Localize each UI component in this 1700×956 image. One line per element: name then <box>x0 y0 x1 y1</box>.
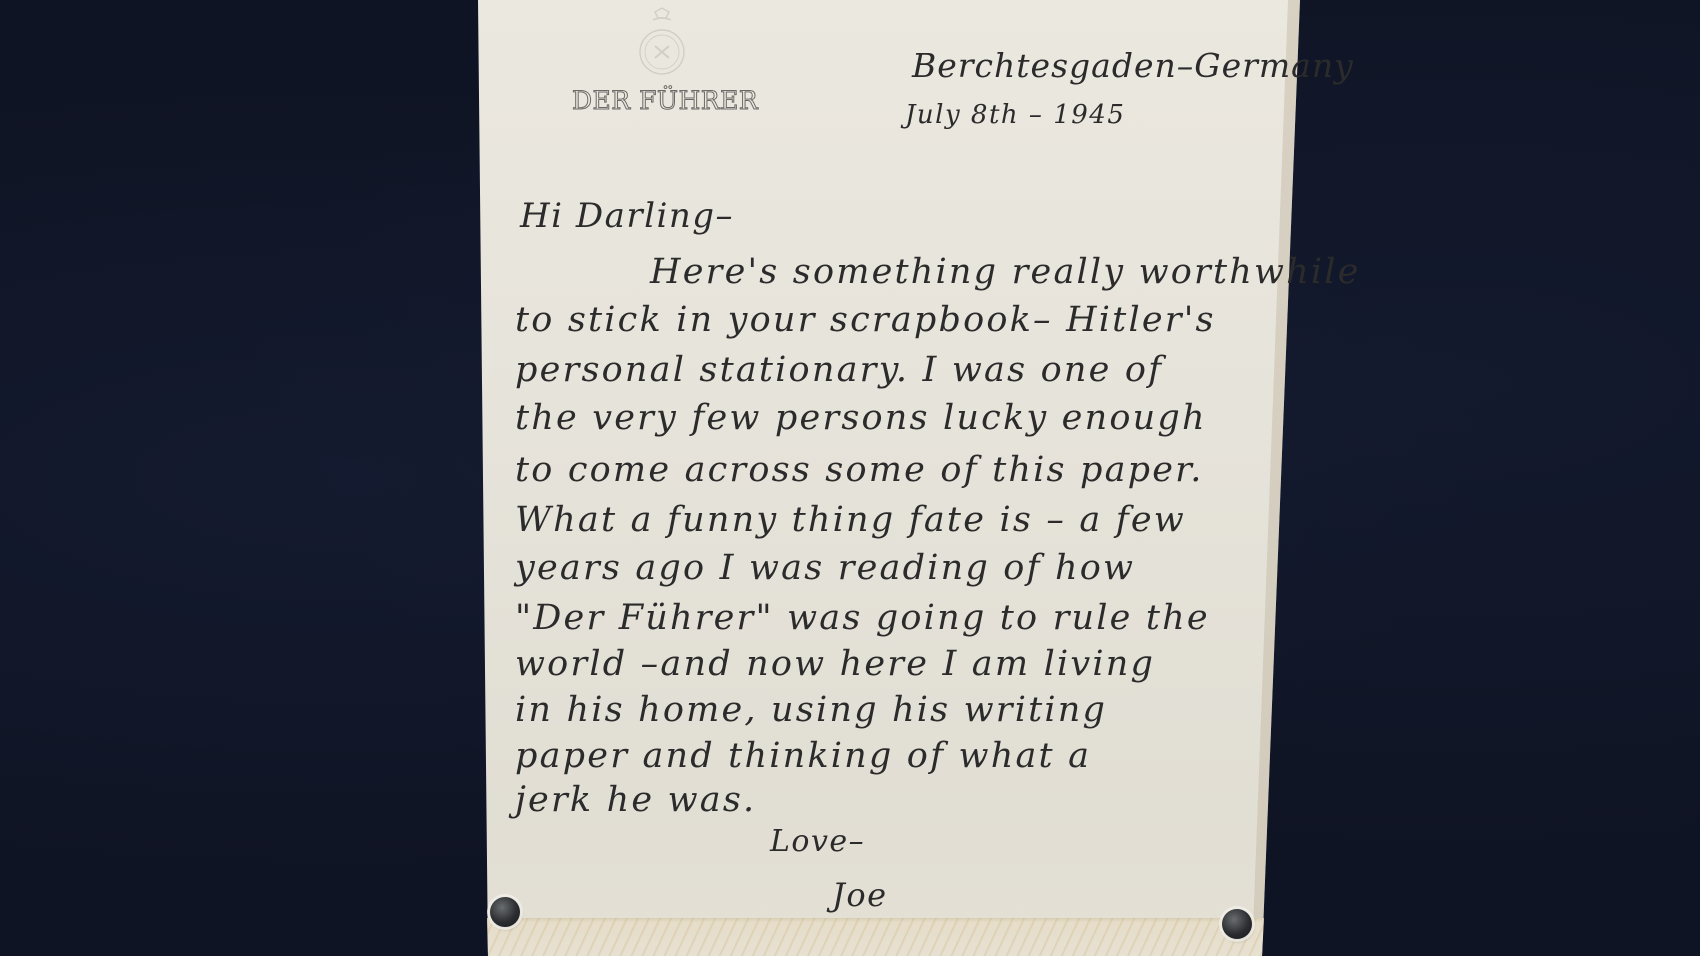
letter-body-line: jerk he was. <box>515 780 756 820</box>
letter-body-line: in his home, using his writing <box>515 690 1107 730</box>
embossed-eagle-crest-icon <box>633 6 691 92</box>
letter-body-line: years ago I was reading of how <box>515 548 1135 588</box>
letter-body-line: paper and thinking of what a <box>515 736 1091 776</box>
letter-body-line: What a funny thing fate is – a few <box>515 500 1186 540</box>
letter-body-line: personal stationary. I was one of <box>515 350 1163 390</box>
letter-greeting: Hi Darling– <box>520 196 734 236</box>
letter-place: Berchtesgaden–Germany <box>912 46 1354 85</box>
letter-body-line: Here's something really worthwhile <box>650 252 1361 292</box>
left-tack-icon <box>490 897 520 927</box>
letter-signature: Joe <box>832 876 888 914</box>
letter-closing: Love– <box>770 824 865 859</box>
letterhead-title: DER FÜHRER <box>572 86 758 115</box>
letter-body-line: "Der Führer" was going to rule the <box>515 598 1210 638</box>
right-tack-icon <box>1222 909 1252 939</box>
letter-body-line: to come across some of this paper. <box>515 450 1204 490</box>
letter-date: July 8th – 1945 <box>905 100 1125 130</box>
letter-body-line: world –and now here I am living <box>515 644 1155 684</box>
letter-body-line: the very few persons lucky enough <box>515 398 1207 438</box>
letter-body-line: to stick in your scrapbook– Hitler's <box>515 300 1216 340</box>
